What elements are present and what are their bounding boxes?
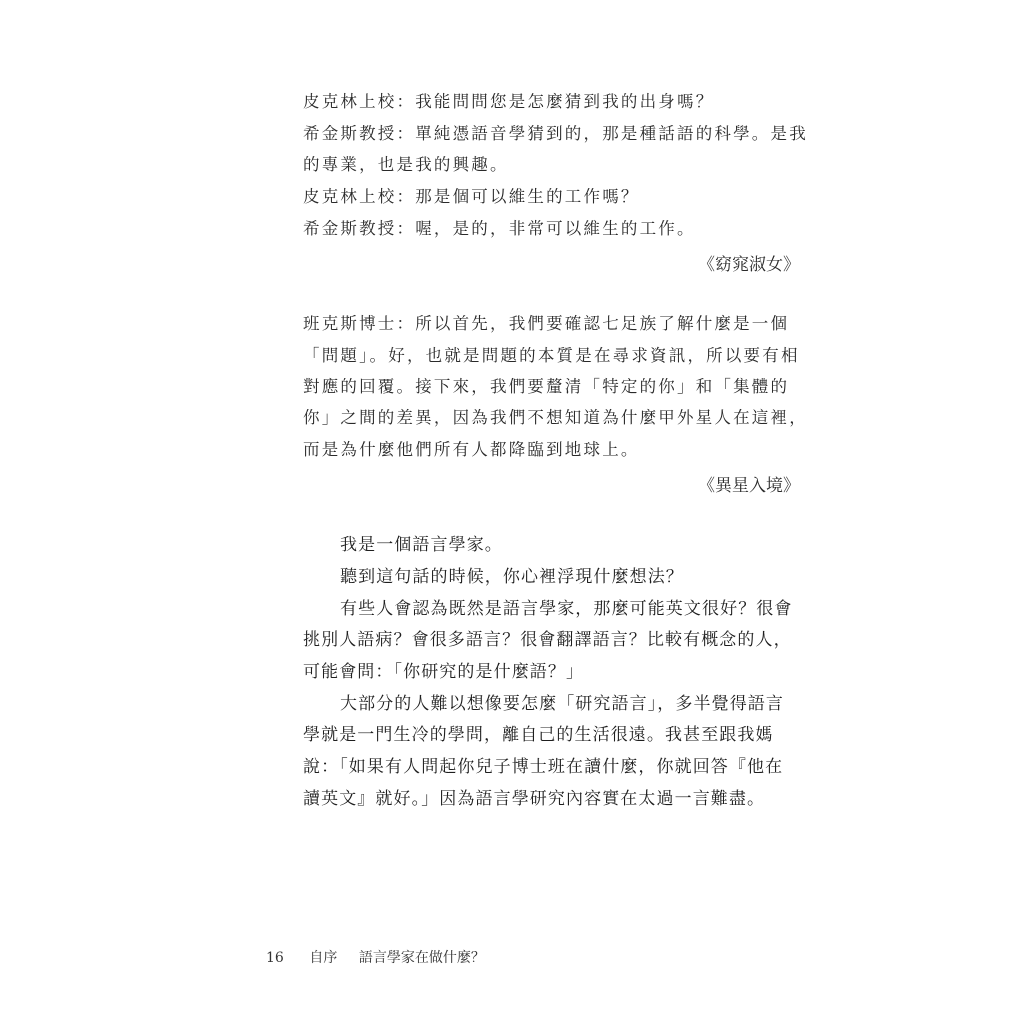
quote-line: 「問題」。好，也就是問題的本質是在尋求資訊，所以要有相 [303, 346, 803, 366]
paragraph-line: 我是一個語言學家。 [340, 535, 840, 555]
quote-line: 希金斯教授：單純憑語音學猜到的，那是種話語的科學。是我 [303, 124, 803, 144]
paragraph-line: 有些人會認為既然是語言學家，那麼可能英文很好？很會 [340, 599, 840, 619]
quote-attribution: 《異星入境》 [698, 471, 800, 496]
quote-line: 皮克林上校：那是個可以維生的工作嗎？ [303, 187, 803, 207]
quote-line: 而是為什麼他們所有人都降臨到地球上。 [303, 440, 803, 460]
quote-line: 班克斯博士：所以首先，我們要確認七足族了解什麼是一個 [303, 314, 803, 334]
quote-line: 的專業，也是我的興趣。 [303, 155, 803, 175]
paragraph-line: 可能會問：「你研究的是什麼語？」 [303, 662, 803, 682]
paragraph-line: 挑別人語病？會很多語言？很會翻譯語言？比較有概念的人， [303, 630, 803, 650]
quote-line: 皮克林上校：我能問問您是怎麼猜到我的出身嗎？ [303, 92, 803, 112]
paragraph-line: 聽到這句話的時候，你心裡浮現什麼想法？ [340, 567, 840, 587]
page-footer: 16 自序 語言學家在做什麼？ [266, 947, 485, 967]
book-page: 皮克林上校：我能問問您是怎麼猜到我的出身嗎？ 希金斯教授：單純憑語音學猜到的，那… [0, 0, 1024, 1024]
quote-line: 你」之間的差異，因為我們不想知道為什麼甲外星人在這裡， [303, 408, 803, 428]
paragraph-line: 大部分的人難以想像要怎麼「研究語言」，多半覺得語言 [340, 694, 840, 714]
quote-line: 對應的回覆。接下來，我們要釐清「特定的你」和「集體的 [303, 377, 803, 397]
section-label: 自序 [309, 950, 337, 966]
paragraph-line: 讀英文』就好。」因為語言學研究內容實在太過一言難盡。 [303, 789, 803, 809]
quote-line: 希金斯教授：喔，是的，非常可以維生的工作。 [303, 219, 803, 239]
chapter-title: 語言學家在做什麼？ [359, 950, 485, 966]
paragraph-line: 說：「如果有人問起你兒子博士班在讀什麼，你就回答『他在 [303, 757, 803, 777]
quote-attribution: 《窈窕淑女》 [698, 250, 800, 275]
paragraph-line: 學就是一門生冷的學問，離自己的生活很遠。我甚至跟我媽 [303, 725, 803, 745]
page-number: 16 [266, 950, 284, 966]
